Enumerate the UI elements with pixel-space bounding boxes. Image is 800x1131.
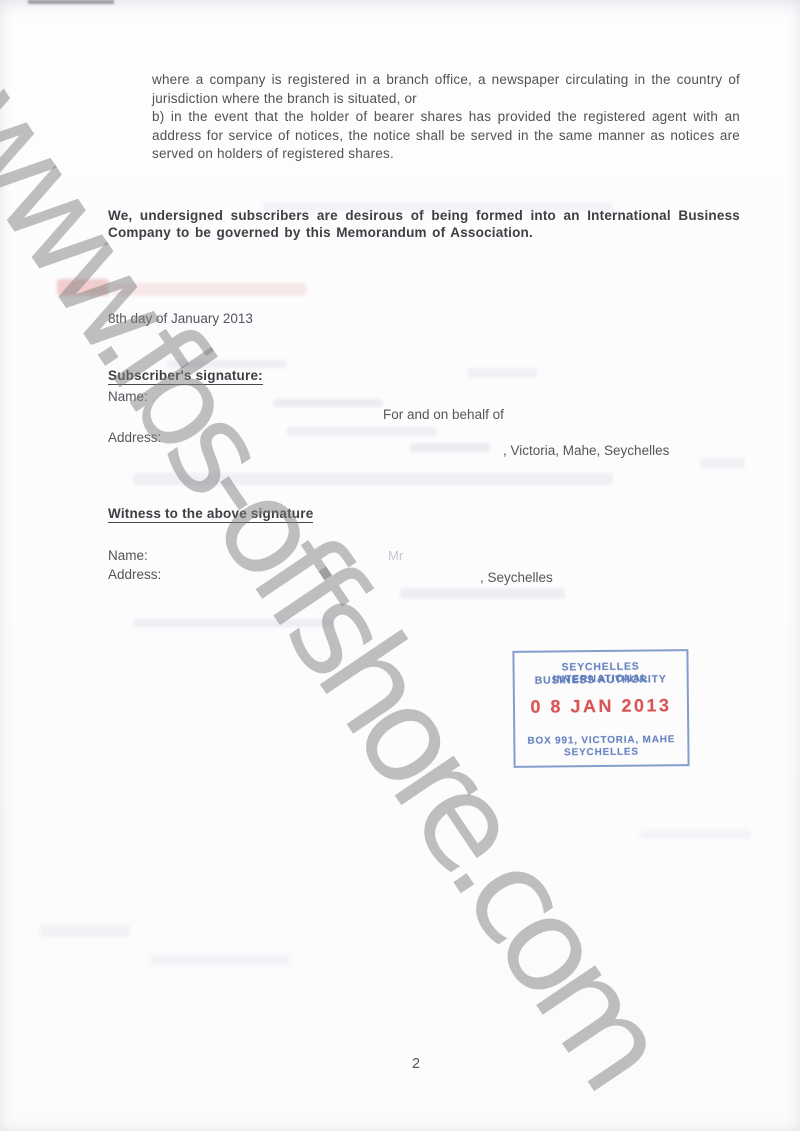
erased-text-smudge	[287, 427, 437, 436]
erased-text-smudge	[467, 368, 537, 378]
erased-text-smudge	[273, 399, 383, 407]
stamp-date: 0 8 JAN 2013	[515, 695, 687, 718]
erased-text-smudge	[410, 443, 490, 452]
date-line: 8th day of January 2013	[108, 311, 253, 326]
stamp-authority-name-line2: BUSINESS AUTHORITY	[515, 673, 687, 687]
witness-signature-heading: Witness to the above signature	[108, 506, 313, 523]
erased-text-smudge	[133, 619, 333, 627]
erased-text-smudge	[400, 588, 565, 599]
witness-address-label: Address:	[108, 567, 161, 582]
scan-edge-mark	[28, 0, 114, 4]
erased-text-smudge	[150, 955, 290, 965]
authority-stamp: SEYCHELLES INTERNATIONAL BUSINESS AUTHOR…	[512, 649, 689, 768]
witness-name-partial-erased: Mr	[388, 548, 403, 563]
erased-text-smudge	[700, 458, 745, 468]
erased-text-smudge	[40, 925, 130, 937]
subscriber-address-label: Address:	[108, 430, 161, 445]
stamp-address-line2: SEYCHELLES	[515, 746, 687, 759]
paragraph-declaration: We, undersigned subscribers are desirous…	[108, 207, 740, 241]
witness-name-label: Name:	[108, 548, 148, 563]
subscriber-name-label: Name:	[108, 389, 148, 404]
erased-red-stamp-fragment	[57, 279, 109, 296]
erased-red-stamp-fragment	[112, 283, 307, 296]
erased-text-smudge	[640, 830, 750, 839]
paragraph-clause-b: b) in the event that the holder of beare…	[152, 108, 740, 164]
erased-text-smudge	[167, 360, 287, 368]
erased-text-smudge	[133, 473, 613, 485]
paragraph-clause-a: where a company is registered in a branc…	[152, 71, 740, 108]
subscriber-address-value: , Victoria, Mahe, Seychelles	[503, 443, 669, 458]
for-and-on-behalf-text: For and on behalf of	[383, 407, 504, 422]
stamp-address-line1: BOX 991, VICTORIA, MAHE	[515, 734, 687, 747]
page-number: 2	[412, 1056, 420, 1072]
witness-address-value: , Seychelles	[480, 570, 553, 585]
scanned-document-page: where a company is registered in a branc…	[0, 0, 800, 1131]
subscriber-signature-heading: Subscriber's signature:	[108, 368, 263, 385]
